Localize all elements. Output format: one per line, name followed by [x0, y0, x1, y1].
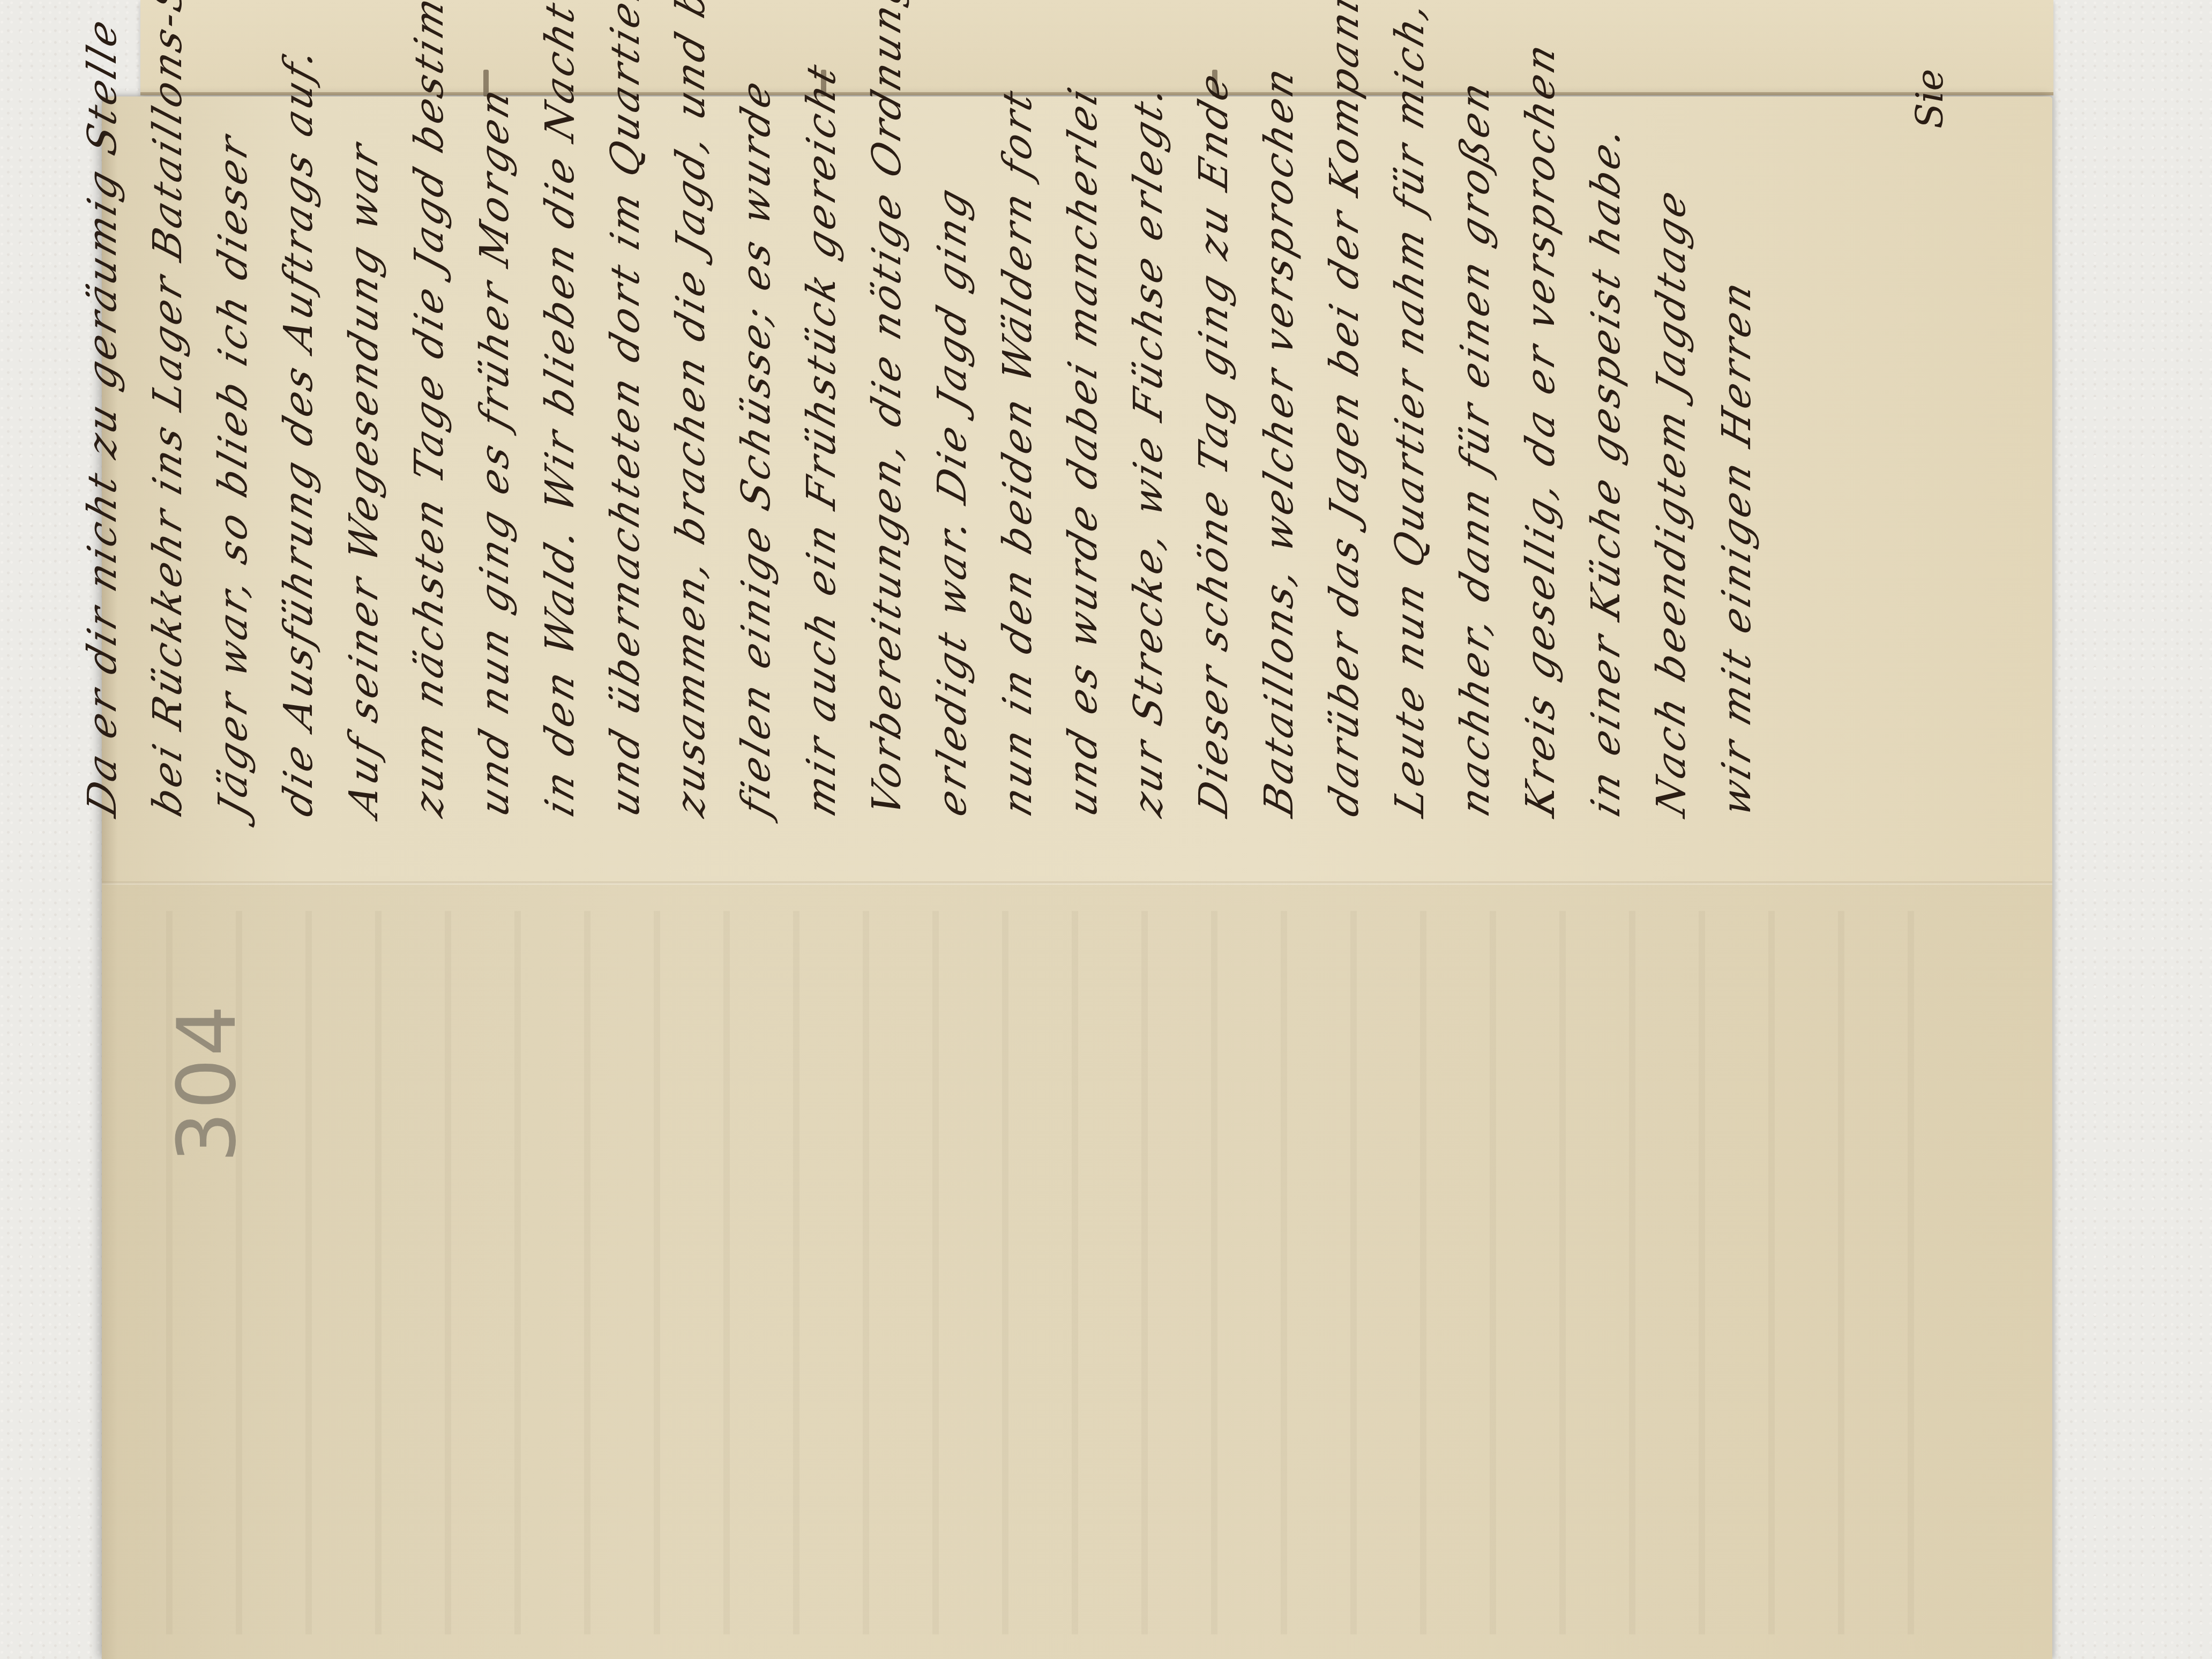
handwritten-line: die Ausführung des Auftrags auf.: [266, 64, 331, 825]
handwritten-line: wir mit einigen Herren: [1704, 64, 1769, 825]
handwritten-line: Nach beendigtem Jagdtage: [1639, 64, 1704, 825]
handwritten-line: in den Wald. Wir blieben die Nacht: [527, 64, 593, 825]
handwritten-line: fielen einige Schüsse; es wurde: [723, 64, 789, 825]
handwritten-line: zur Strecke, wie Füchse erlegt.: [1116, 64, 1181, 825]
handwritten-text-block: Da er dir nicht zu geräumig Stelle bei R…: [70, 75, 1838, 814]
handwritten-line: Auf seiner Wegesendung war: [331, 64, 397, 825]
handwritten-line: mir auch ein Frühstück gereicht: [789, 64, 854, 825]
handwritten-line: und nun ging es früher Morgen: [462, 64, 527, 825]
handwritten-line: und übernachteten dort im Quartier: [593, 64, 658, 825]
handwritten-line: erledigt war. Die Jagd ging: [920, 64, 985, 825]
pencil-page-number: 304: [161, 1003, 254, 1163]
handwritten-line: Jäger war, so blieb ich dieser: [200, 64, 266, 825]
handwritten-line: nun in den beiden Wäldern fort: [985, 64, 1050, 825]
handwritten-line: nachher, dann für einen großen: [1443, 64, 1508, 825]
handwritten-line: Dieser schöne Tag ging zu Ende: [1181, 64, 1246, 825]
handwritten-line: zum nächsten Tage die Jagd bestimmt: [397, 64, 462, 825]
ink-bleed-through: [166, 911, 1934, 1634]
catchword: Sie: [1908, 69, 1952, 129]
handwritten-line: Bataillons, welcher versprochen: [1246, 64, 1312, 825]
handwritten-line: Leute nun Quartier nahm für mich,: [1377, 64, 1443, 825]
handwritten-line: bei Rückkehr ins Lager Bataillons-Stab: [135, 64, 200, 825]
handwritten-line: Kreis gesellig, da er versprochen: [1508, 64, 1573, 825]
handwritten-line: darüber das Jagen bei der Kompanie,: [1312, 64, 1377, 825]
fold-line: [102, 881, 2052, 885]
handwritten-line: Vorbereitungen, die nötige Ordnung: [854, 64, 920, 825]
handwritten-line: zusammen, brachen die Jagd, und bald: [658, 64, 723, 825]
handwritten-line: und es wurde dabei mancherlei: [1050, 64, 1116, 825]
handwritten-line: in einer Küche gespeist habe.: [1573, 64, 1639, 825]
handwritten-line: Da er dir nicht zu geräumig Stelle: [70, 64, 135, 825]
